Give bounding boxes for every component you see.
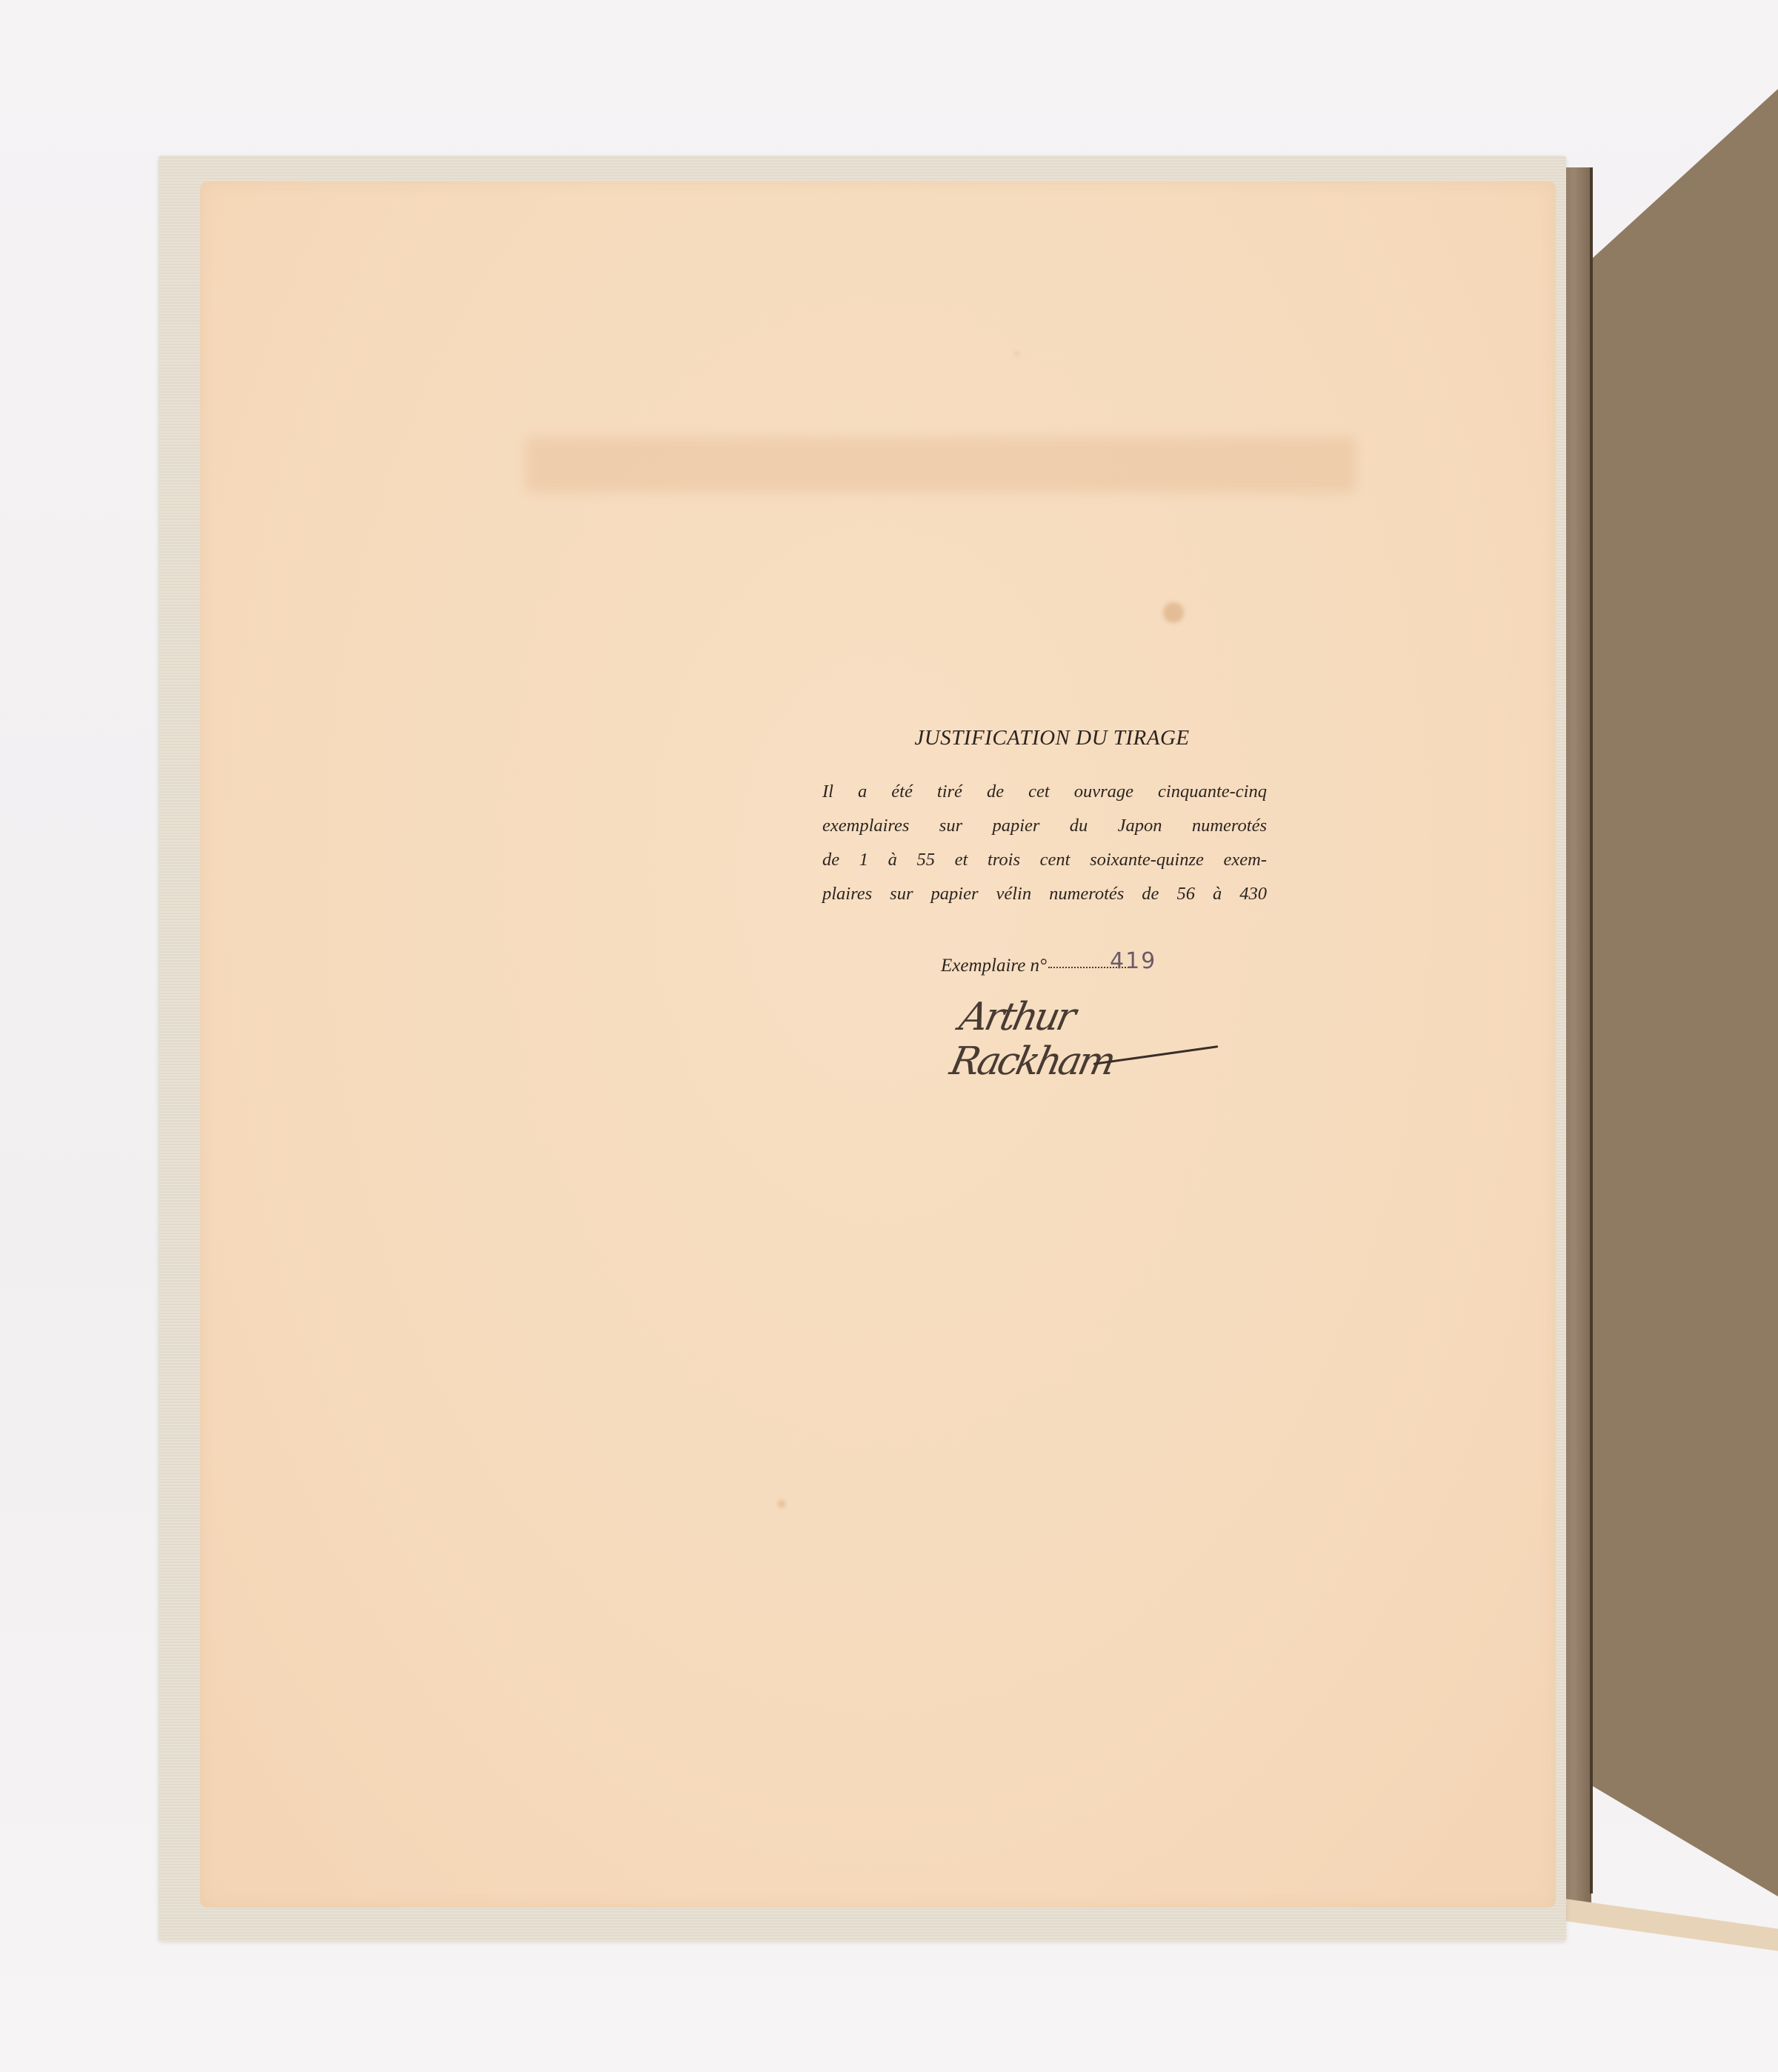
exemplaire-line: Exemplaire n° 419 (941, 956, 1137, 976)
paragraph-line: plaires sur papier vélin numerotés de 56… (822, 877, 1267, 911)
page-heading: JUSTIFICATION DU TIRAGE (822, 726, 1267, 750)
photo-scene: JUSTIFICATION DU TIRAGE Il a été tiré de… (0, 0, 1778, 2072)
hinge-crease (1590, 167, 1593, 1893)
exemplaire-number-handwritten: 419 (1110, 948, 1156, 974)
justification-text-block: JUSTIFICATION DU TIRAGE Il a été tiré de… (822, 726, 1267, 911)
paragraph-line: exemplaires sur papier du Japon numeroté… (822, 809, 1267, 843)
paragraph-line: Il a été tiré de cet ouvrage cinquante-c… (822, 775, 1267, 809)
brown-cover-board (1591, 89, 1778, 2015)
cover-bottom-edge (1548, 1896, 1778, 1951)
exemplaire-label: Exemplaire n° (941, 956, 1047, 976)
limitation-page: JUSTIFICATION DU TIRAGE Il a été tiré de… (200, 181, 1556, 1908)
paragraph-line: de 1 à 55 et trois cent soixante-quinze … (822, 843, 1267, 877)
foxing-spot (778, 1500, 785, 1508)
foxing-spot (1015, 352, 1019, 356)
signature-text: Arthur Rackham (946, 995, 1247, 1084)
offset-stain-band (526, 437, 1356, 493)
foxing-spot (1163, 602, 1184, 623)
signature: Arthur Rackham (926, 982, 1237, 1063)
